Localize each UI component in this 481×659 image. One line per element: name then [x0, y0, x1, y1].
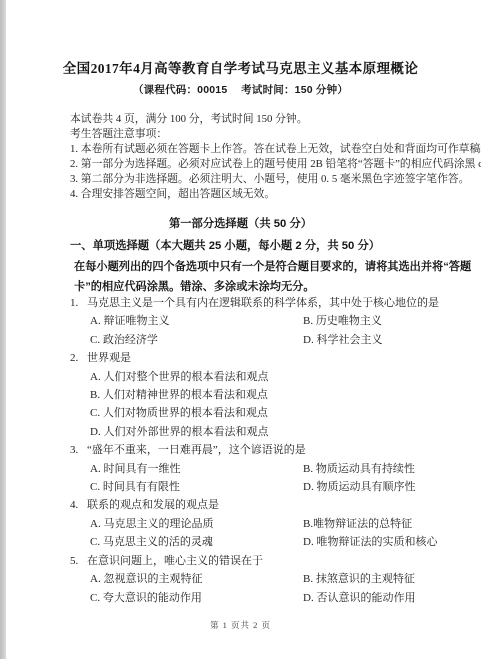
option-a: A. 忽视意识的主观特征	[90, 570, 303, 588]
question-number: 5.	[70, 552, 87, 570]
option-a: A. 人们对整个世界的根本看法和观点	[90, 368, 476, 386]
intro-note-3: 3. 第二部分为非选择题。必须注明大、小题号，使用 0. 5 毫米黑色字迹签字笔…	[70, 172, 476, 187]
section-instruction: 在每小题列出的四个备选项中只有一个是符合题目要求的，请将其选出并将“答题卡”的相…	[74, 257, 476, 297]
option-b: B. 物质运动具有持续性	[303, 460, 476, 478]
question-item-4: 4.联系的观点和发展的观点是 A. 马克思主义的理论品质 B.唯物辩证法的总特征…	[70, 496, 476, 551]
intro-note-2: 2. 第一部分为选择题。必须对应试卷上的题号使用 2B 铅笔将“答题卡”的相应代…	[70, 157, 476, 172]
question-stem: 世界观是	[87, 352, 131, 364]
option-c: C. 时间具有有限性	[90, 478, 303, 496]
option-c: C. 人们对物质世界的根本看法和观点	[90, 404, 476, 422]
exam-header: 全国2017年4月高等教育自学考试马克思主义基本原理概论 （课程代码：00015…	[0, 57, 481, 97]
question-item-2: 2.世界观是 A. 人们对整个世界的根本看法和观点 B. 人们对精神世界的根本看…	[70, 349, 476, 441]
option-b: B. 抹煞意识的主观特征	[303, 570, 476, 588]
option-c: C. 政治经济学	[90, 331, 303, 349]
exam-title: 全国2017年4月高等教育自学考试马克思主义基本原理概论	[0, 57, 481, 77]
exam-paper-page: 全国2017年4月高等教育自学考试马克思主义基本原理概论 （课程代码：00015…	[0, 0, 481, 659]
option-a: A. 时间具有一维性	[90, 460, 303, 478]
option-d: D. 人们对外部世界的根本看法和观点	[90, 423, 476, 441]
question-number: 3.	[70, 441, 87, 459]
options-grid: A. 时间具有一维性 B. 物质运动具有持续性 C. 时间具有有限性 D. 物质…	[70, 460, 476, 497]
options-grid: A. 人们对整个世界的根本看法和观点 B. 人们对精神世界的根本看法和观点 C.…	[70, 368, 476, 442]
option-d: D. 否认意识的能动作用	[303, 589, 476, 607]
option-c: C. 马克思主义的活的灵魂	[90, 533, 303, 551]
question-number: 1.	[70, 294, 87, 312]
option-a: A. 辩证唯物主义	[90, 312, 303, 330]
intro-summary: 本试卷共 4 页，满分 100 分，考试时间 150 分钟。	[70, 112, 476, 127]
options-grid: A. 马克思主义的理论品质 B.唯物辩证法的总特征 C. 马克思主义的活的灵魂 …	[70, 515, 476, 552]
section-heading: 第一部分选择题（共 50 分）	[0, 215, 481, 231]
question-number: 2.	[70, 349, 87, 367]
option-d: D. 科学社会主义	[303, 331, 476, 349]
option-c: C. 夸大意识的能动作用	[90, 589, 303, 607]
question-text: 4.联系的观点和发展的观点是	[70, 496, 476, 514]
scan-edge-strip	[0, 0, 6, 659]
question-item-1: 1.马克思主义是一个具有内在逻辑联系的科学体系，其中处于核心地位的是 A. 辩证…	[70, 294, 476, 349]
page-footer: 第 1 页共 2 页	[0, 619, 481, 631]
options-grid: A. 忽视意识的主观特征 B. 抹煞意识的主观特征 C. 夸大意识的能动作用 D…	[70, 570, 476, 607]
option-b: B. 人们对精神世界的根本看法和观点	[90, 386, 476, 404]
intro-note-4: 4. 合理安排答题空间，超出答题区域无效。	[70, 187, 476, 202]
exam-subtitle: （课程代码：00015 考试时间：150 分钟）	[0, 82, 481, 97]
intro-notice-label: 考生答题注意事项：	[70, 127, 476, 142]
option-a: A. 马克思主义的理论品质	[90, 515, 303, 533]
question-number: 4.	[70, 496, 87, 514]
question-item-3: 3.“盛年不重来，一日难再晨”，这个谚语说的是 A. 时间具有一维性 B. 物质…	[70, 441, 476, 496]
section-subheading: 一、单项选择题（本大题共 25 小题，每小题 2 分，共 50 分）	[70, 237, 476, 253]
option-d: D. 物质运动具有顺序性	[303, 478, 476, 496]
question-list: 1.马克思主义是一个具有内在逻辑联系的科学体系，其中处于核心地位的是 A. 辩证…	[70, 294, 476, 607]
intro-note-1: 1. 本卷所有试题必须在答题卡上作答。答在试卷上无效，试卷空白处和背面均可作草稿…	[70, 142, 476, 157]
option-b: B.唯物辩证法的总特征	[303, 515, 476, 533]
question-text: 3.“盛年不重来，一日难再晨”，这个谚语说的是	[70, 441, 476, 459]
option-d: D. 唯物辩证法的实质和核心	[303, 533, 476, 551]
question-item-5: 5.在意识问题上，唯心主义的错误在于 A. 忽视意识的主观特征 B. 抹煞意识的…	[70, 552, 476, 607]
question-stem: 在意识问题上，唯心主义的错误在于	[87, 555, 263, 567]
question-text: 5.在意识问题上，唯心主义的错误在于	[70, 552, 476, 570]
options-grid: A. 辩证唯物主义 B. 历史唯物主义 C. 政治经济学 D. 科学社会主义	[70, 312, 476, 349]
exam-intro-notes: 本试卷共 4 页，满分 100 分，考试时间 150 分钟。 考生答题注意事项：…	[70, 112, 476, 201]
question-text: 1.马克思主义是一个具有内在逻辑联系的科学体系，其中处于核心地位的是	[70, 294, 476, 312]
question-text: 2.世界观是	[70, 349, 476, 367]
question-stem: 联系的观点和发展的观点是	[87, 499, 219, 511]
question-stem: 马克思主义是一个具有内在逻辑联系的科学体系，其中处于核心地位的是	[87, 297, 439, 309]
option-b: B. 历史唯物主义	[303, 312, 476, 330]
question-stem: “盛年不重来，一日难再晨”，这个谚语说的是	[87, 444, 306, 456]
